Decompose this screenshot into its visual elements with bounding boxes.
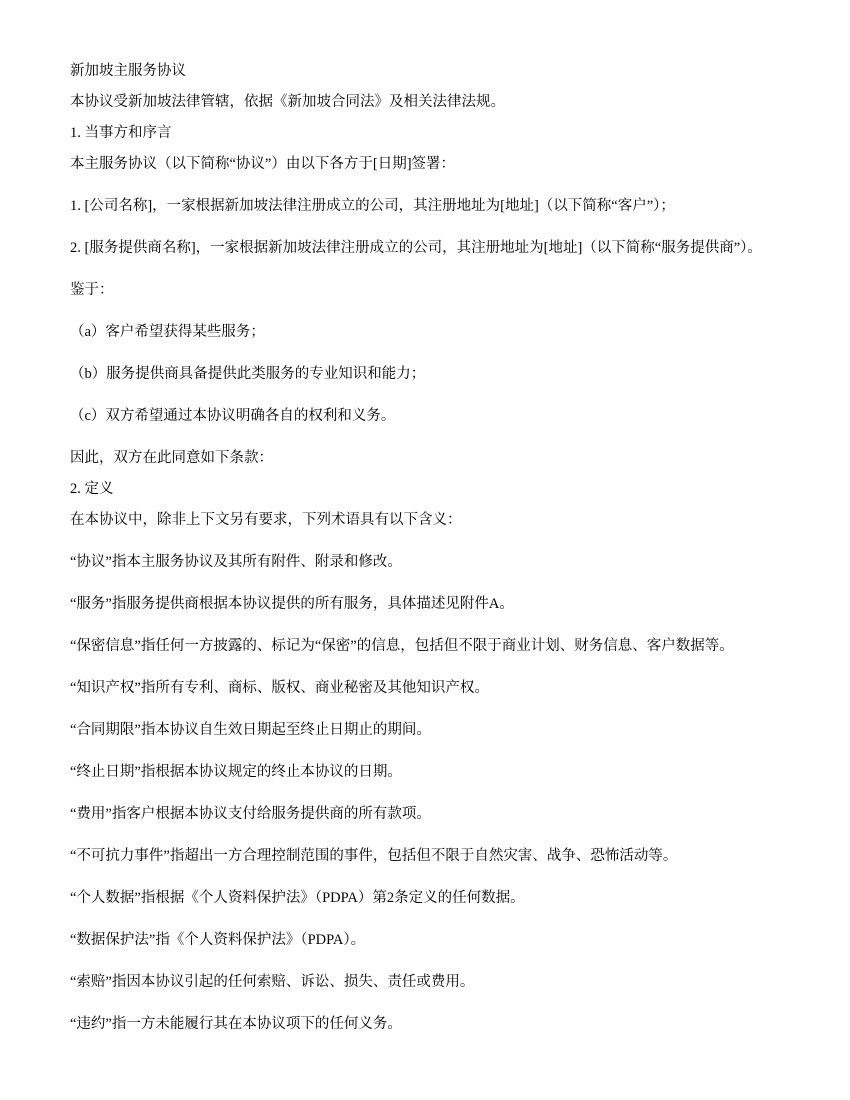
document-page: 新加坡主服务协议 本协议受新加坡法律管辖，依据《新加坡合同法》及相关法律法规。 … <box>0 0 850 1100</box>
section-1-heading: 1. 当事方和序言 <box>70 118 780 149</box>
definition-personal-data: “个人数据”指根据《个人资料保护法》（PDPA）第2条定义的任何数据。 <box>70 883 780 914</box>
definition-breach: “违约”指一方未能履行其在本协议项下的任何义务。 <box>70 1009 780 1040</box>
definition-data-protection-law: “数据保护法”指《个人资料保护法》（PDPA）。 <box>70 925 780 956</box>
party-2-provider: 2. [服务提供商名称]，一家根据新加坡法律注册成立的公司，其注册地址为[地址]… <box>70 233 780 264</box>
definition-claims: “索赔”指因本协议引起的任何索赔、诉讼、损失、责任或费用。 <box>70 967 780 998</box>
definition-fees: “费用”指客户根据本协议支付给服务提供商的所有款项。 <box>70 799 780 830</box>
document-title: 新加坡主服务协议 <box>70 56 780 87</box>
governing-law-line: 本协议受新加坡法律管辖，依据《新加坡合同法》及相关法律法规。 <box>70 87 780 118</box>
definition-force-majeure: “不可抗力事件”指超出一方合理控制范围的事件，包括但不限于自然灾害、战争、恐怖活… <box>70 841 780 872</box>
party-1-customer: 1. [公司名称]，一家根据新加坡法律注册成立的公司，其注册地址为[地址]（以下… <box>70 191 780 222</box>
recital-c: （c）双方希望通过本协议明确各自的权利和义务。 <box>70 401 780 432</box>
definition-termination-date: “终止日期”指根据本协议规定的终止本协议的日期。 <box>70 757 780 788</box>
definitions-intro: 在本协议中，除非上下文另有要求，下列术语具有以下含义： <box>70 505 780 536</box>
signing-parties-intro: 本主服务协议（以下简称“协议”）由以下各方于[日期]签署： <box>70 149 780 180</box>
definition-agreement: “协议”指本主服务协议及其所有附件、附录和修改。 <box>70 547 780 578</box>
section-2-heading: 2. 定义 <box>70 474 780 505</box>
definition-term: “合同期限”指本协议自生效日期起至终止日期止的期间。 <box>70 715 780 746</box>
definition-ip: “知识产权”指所有专利、商标、版权、商业秘密及其他知识产权。 <box>70 673 780 704</box>
agreement-clause-intro: 因此，双方在此同意如下条款： <box>70 443 780 474</box>
recital-a: （a）客户希望获得某些服务； <box>70 317 780 348</box>
recitals-heading: 鉴于： <box>70 275 780 306</box>
recital-b: （b）服务提供商具备提供此类服务的专业知识和能力； <box>70 359 780 390</box>
definition-services: “服务”指服务提供商根据本协议提供的所有服务，具体描述见附件A。 <box>70 589 780 620</box>
definition-confidential-info: “保密信息”指任何一方披露的、标记为“保密”的信息，包括但不限于商业计划、财务信… <box>70 631 780 662</box>
